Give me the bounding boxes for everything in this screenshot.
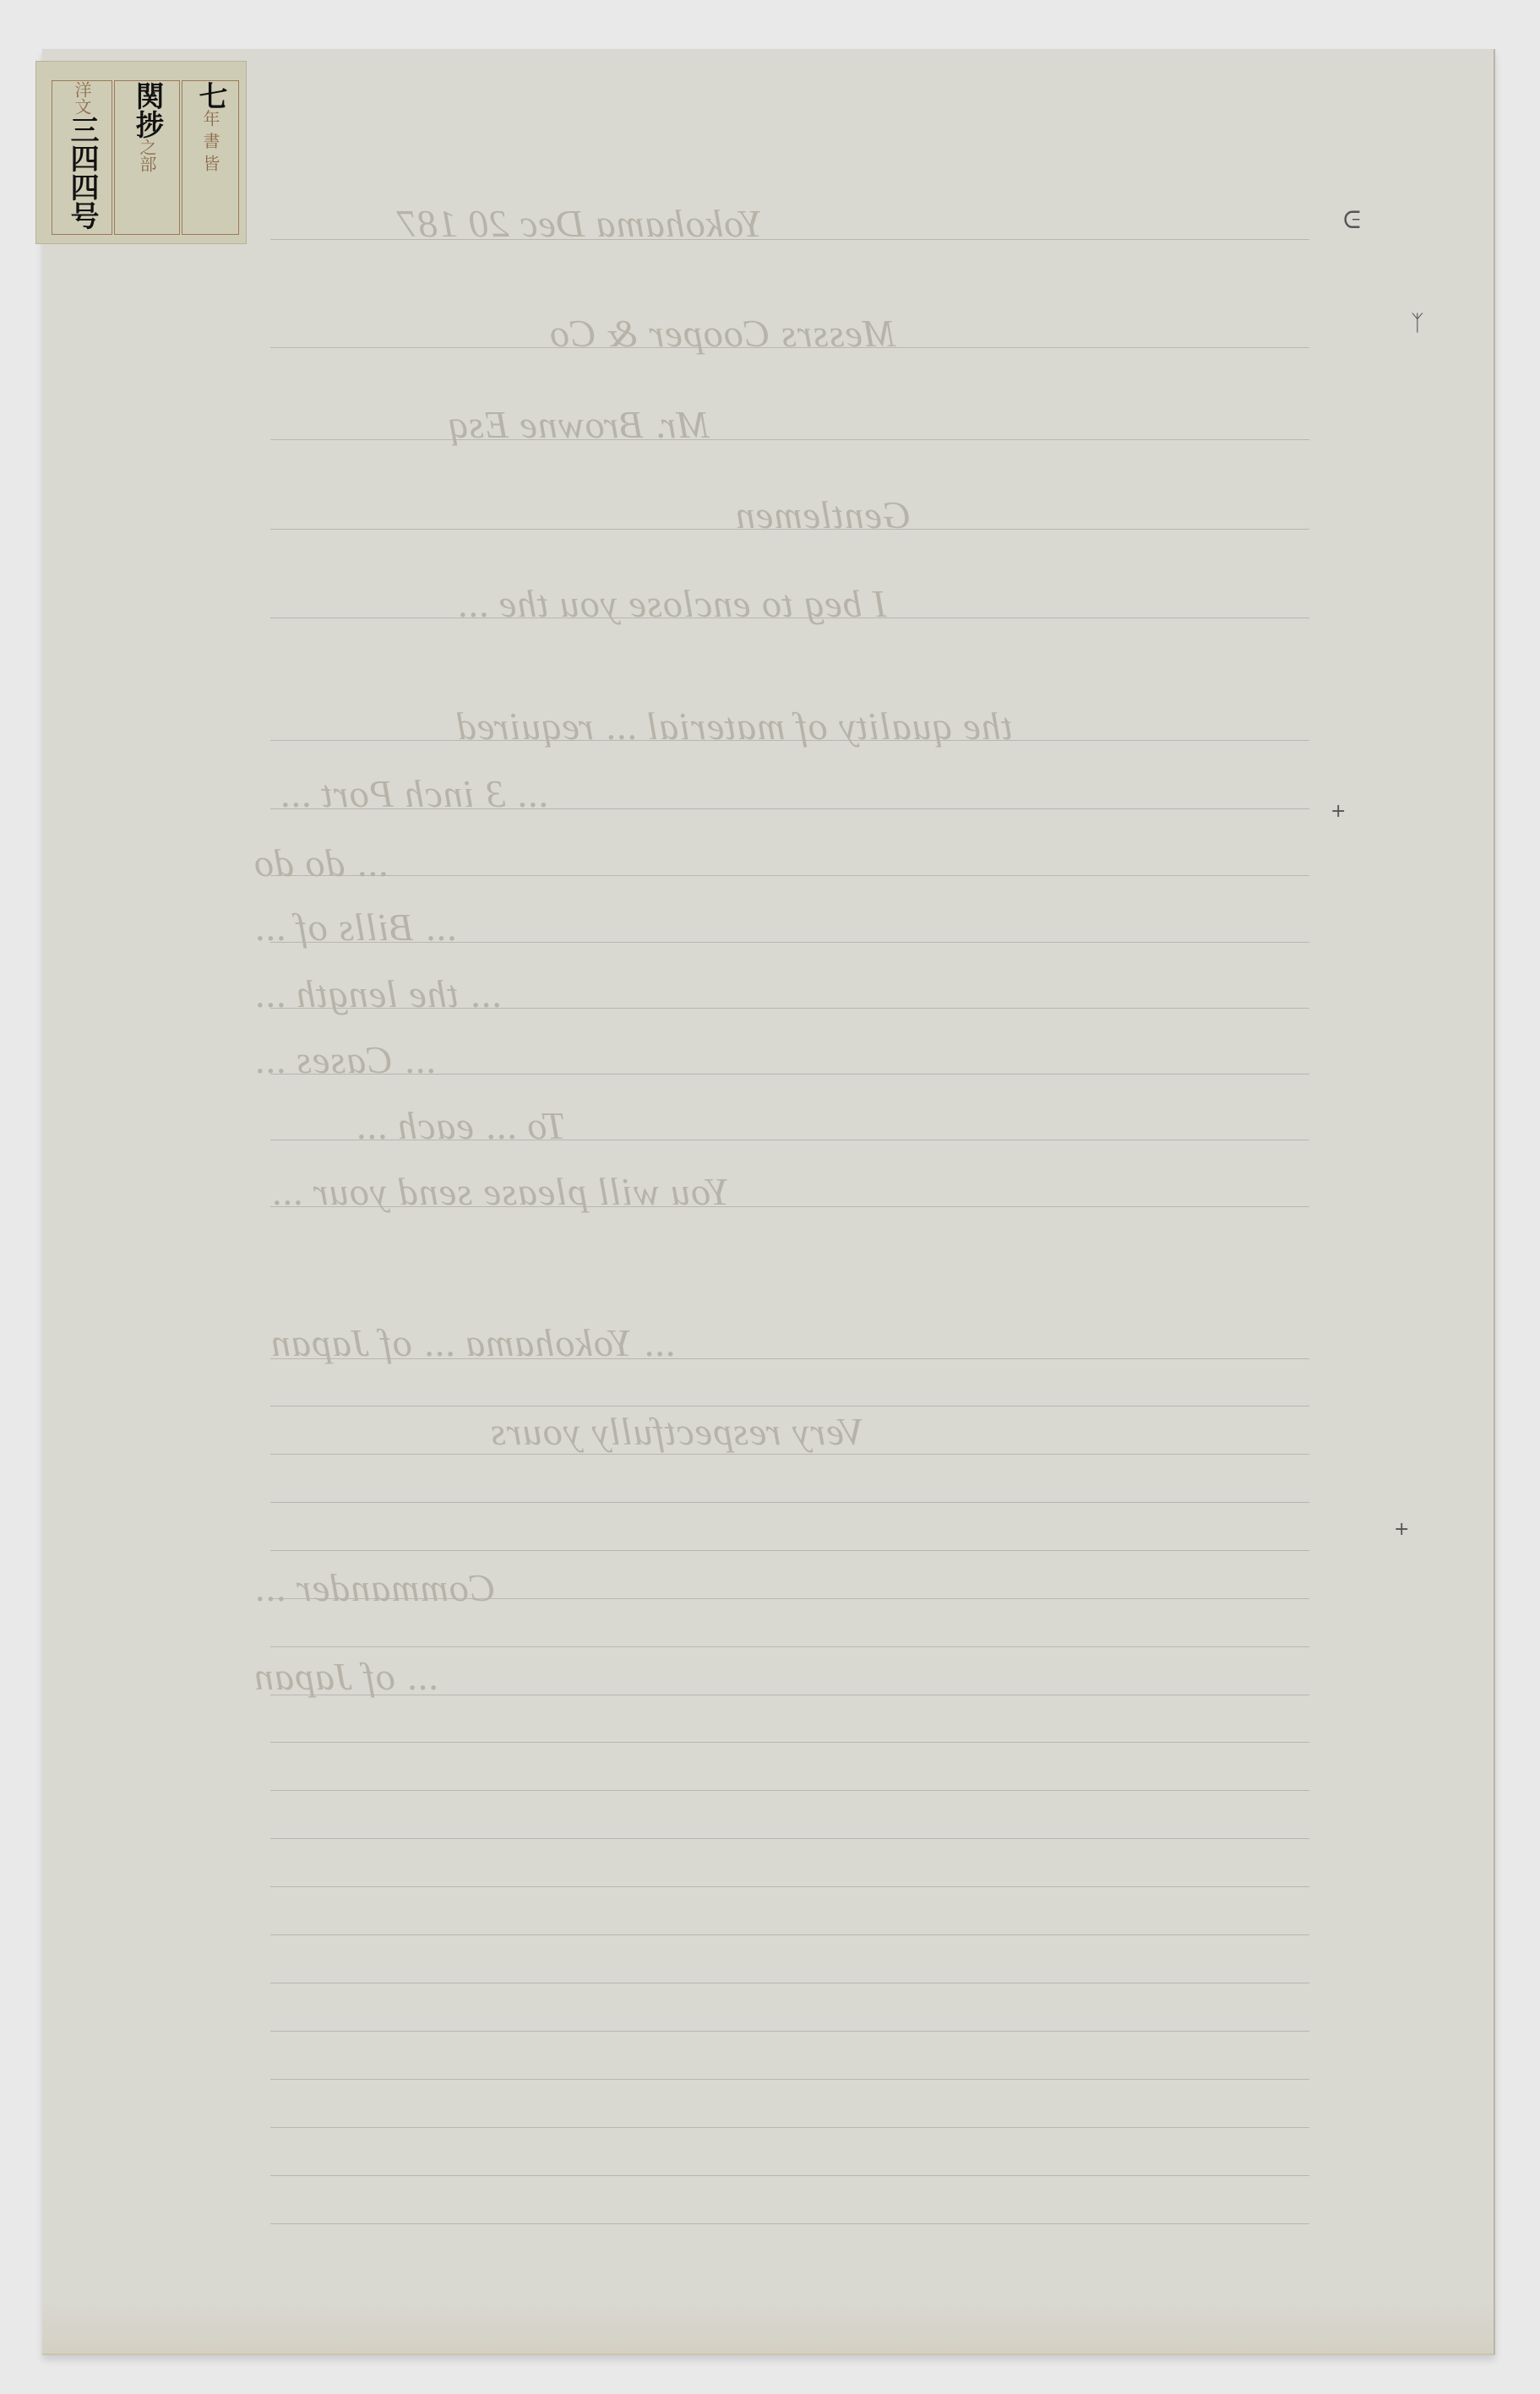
label-section-text: 関捗	[131, 81, 163, 139]
ruled-line	[270, 439, 1309, 440]
archive-catalog-label: 洋文 三四四号 関捗 之部 七 年 書 皆	[35, 61, 247, 244]
bleed-through-line: ... Bills of ...	[253, 905, 456, 949]
bleed-through-line: ... Cases ...	[253, 1037, 435, 1082]
ruled-line	[270, 1742, 1309, 1743]
bleed-through-line: Mr. Browne Esq	[448, 402, 710, 447]
bleed-through-line: Commander ...	[253, 1565, 495, 1610]
ruled-line	[270, 1886, 1309, 1887]
ruled-line	[270, 1454, 1309, 1455]
bleed-through-line: ... of Japan	[253, 1654, 438, 1699]
ruled-line	[270, 2175, 1309, 2176]
ruled-line	[270, 1502, 1309, 1503]
bleed-through-line: ... the length ...	[253, 971, 501, 1016]
label-section-suffix: 之部	[137, 139, 157, 172]
label-number-text: 三四四号	[66, 115, 98, 230]
bleed-through-line: You will please send your ...	[270, 1169, 730, 1214]
ink-mark: ᕮ	[1343, 206, 1361, 235]
label-column-middle: 関捗 之部	[114, 80, 180, 235]
plus-mark: +	[1394, 1519, 1409, 1540]
plus-mark: +	[1330, 801, 1346, 822]
bleed-through-line: ... do do	[253, 841, 388, 885]
ruled-line	[270, 2031, 1309, 2032]
ruled-line	[270, 1838, 1309, 1839]
ruled-line	[270, 1790, 1309, 1791]
label-year-text: 七	[194, 81, 226, 110]
ruled-line	[270, 1550, 1309, 1551]
bleed-through-line: ... 3 inch Port ...	[279, 771, 547, 816]
label-year-suffix: 年 書 皆	[200, 110, 220, 171]
label-column-left: 洋文 三四四号	[52, 80, 112, 235]
bleed-through-line: To ... each ...	[355, 1103, 566, 1148]
bleed-through-line: the quality of material ... required	[456, 704, 1013, 748]
ink-mark: ᛉ	[1411, 311, 1424, 336]
label-column-right: 七 年 書 皆	[182, 80, 239, 235]
bleed-through-line: Messrs Cooper & Co	[549, 311, 895, 356]
ruled-line	[270, 2079, 1309, 2080]
bleed-through-line: Yokohama Dec 20 187	[397, 201, 763, 246]
document-page: 洋文 三四四号 関捗 之部 七 年 書 皆 Yokohama Dec 2	[42, 49, 1495, 2355]
bleed-through-line: ... Yokohama ... of Japan	[270, 1320, 674, 1365]
ruled-line	[270, 1983, 1309, 1983]
bleed-through-line: Gentlemen	[735, 492, 911, 537]
bleed-through-line: Very respectfully yours	[490, 1409, 864, 1454]
ruled-line	[270, 1406, 1309, 1406]
ruled-line	[270, 2223, 1309, 2224]
ruled-line	[270, 1646, 1309, 1647]
ruled-line	[270, 2127, 1309, 2128]
ruled-line	[270, 875, 1309, 876]
label-category-text: 洋文	[72, 81, 92, 115]
ruled-line	[270, 1934, 1309, 1935]
bleed-through-line: I beg to enclose you the ...	[456, 581, 887, 626]
